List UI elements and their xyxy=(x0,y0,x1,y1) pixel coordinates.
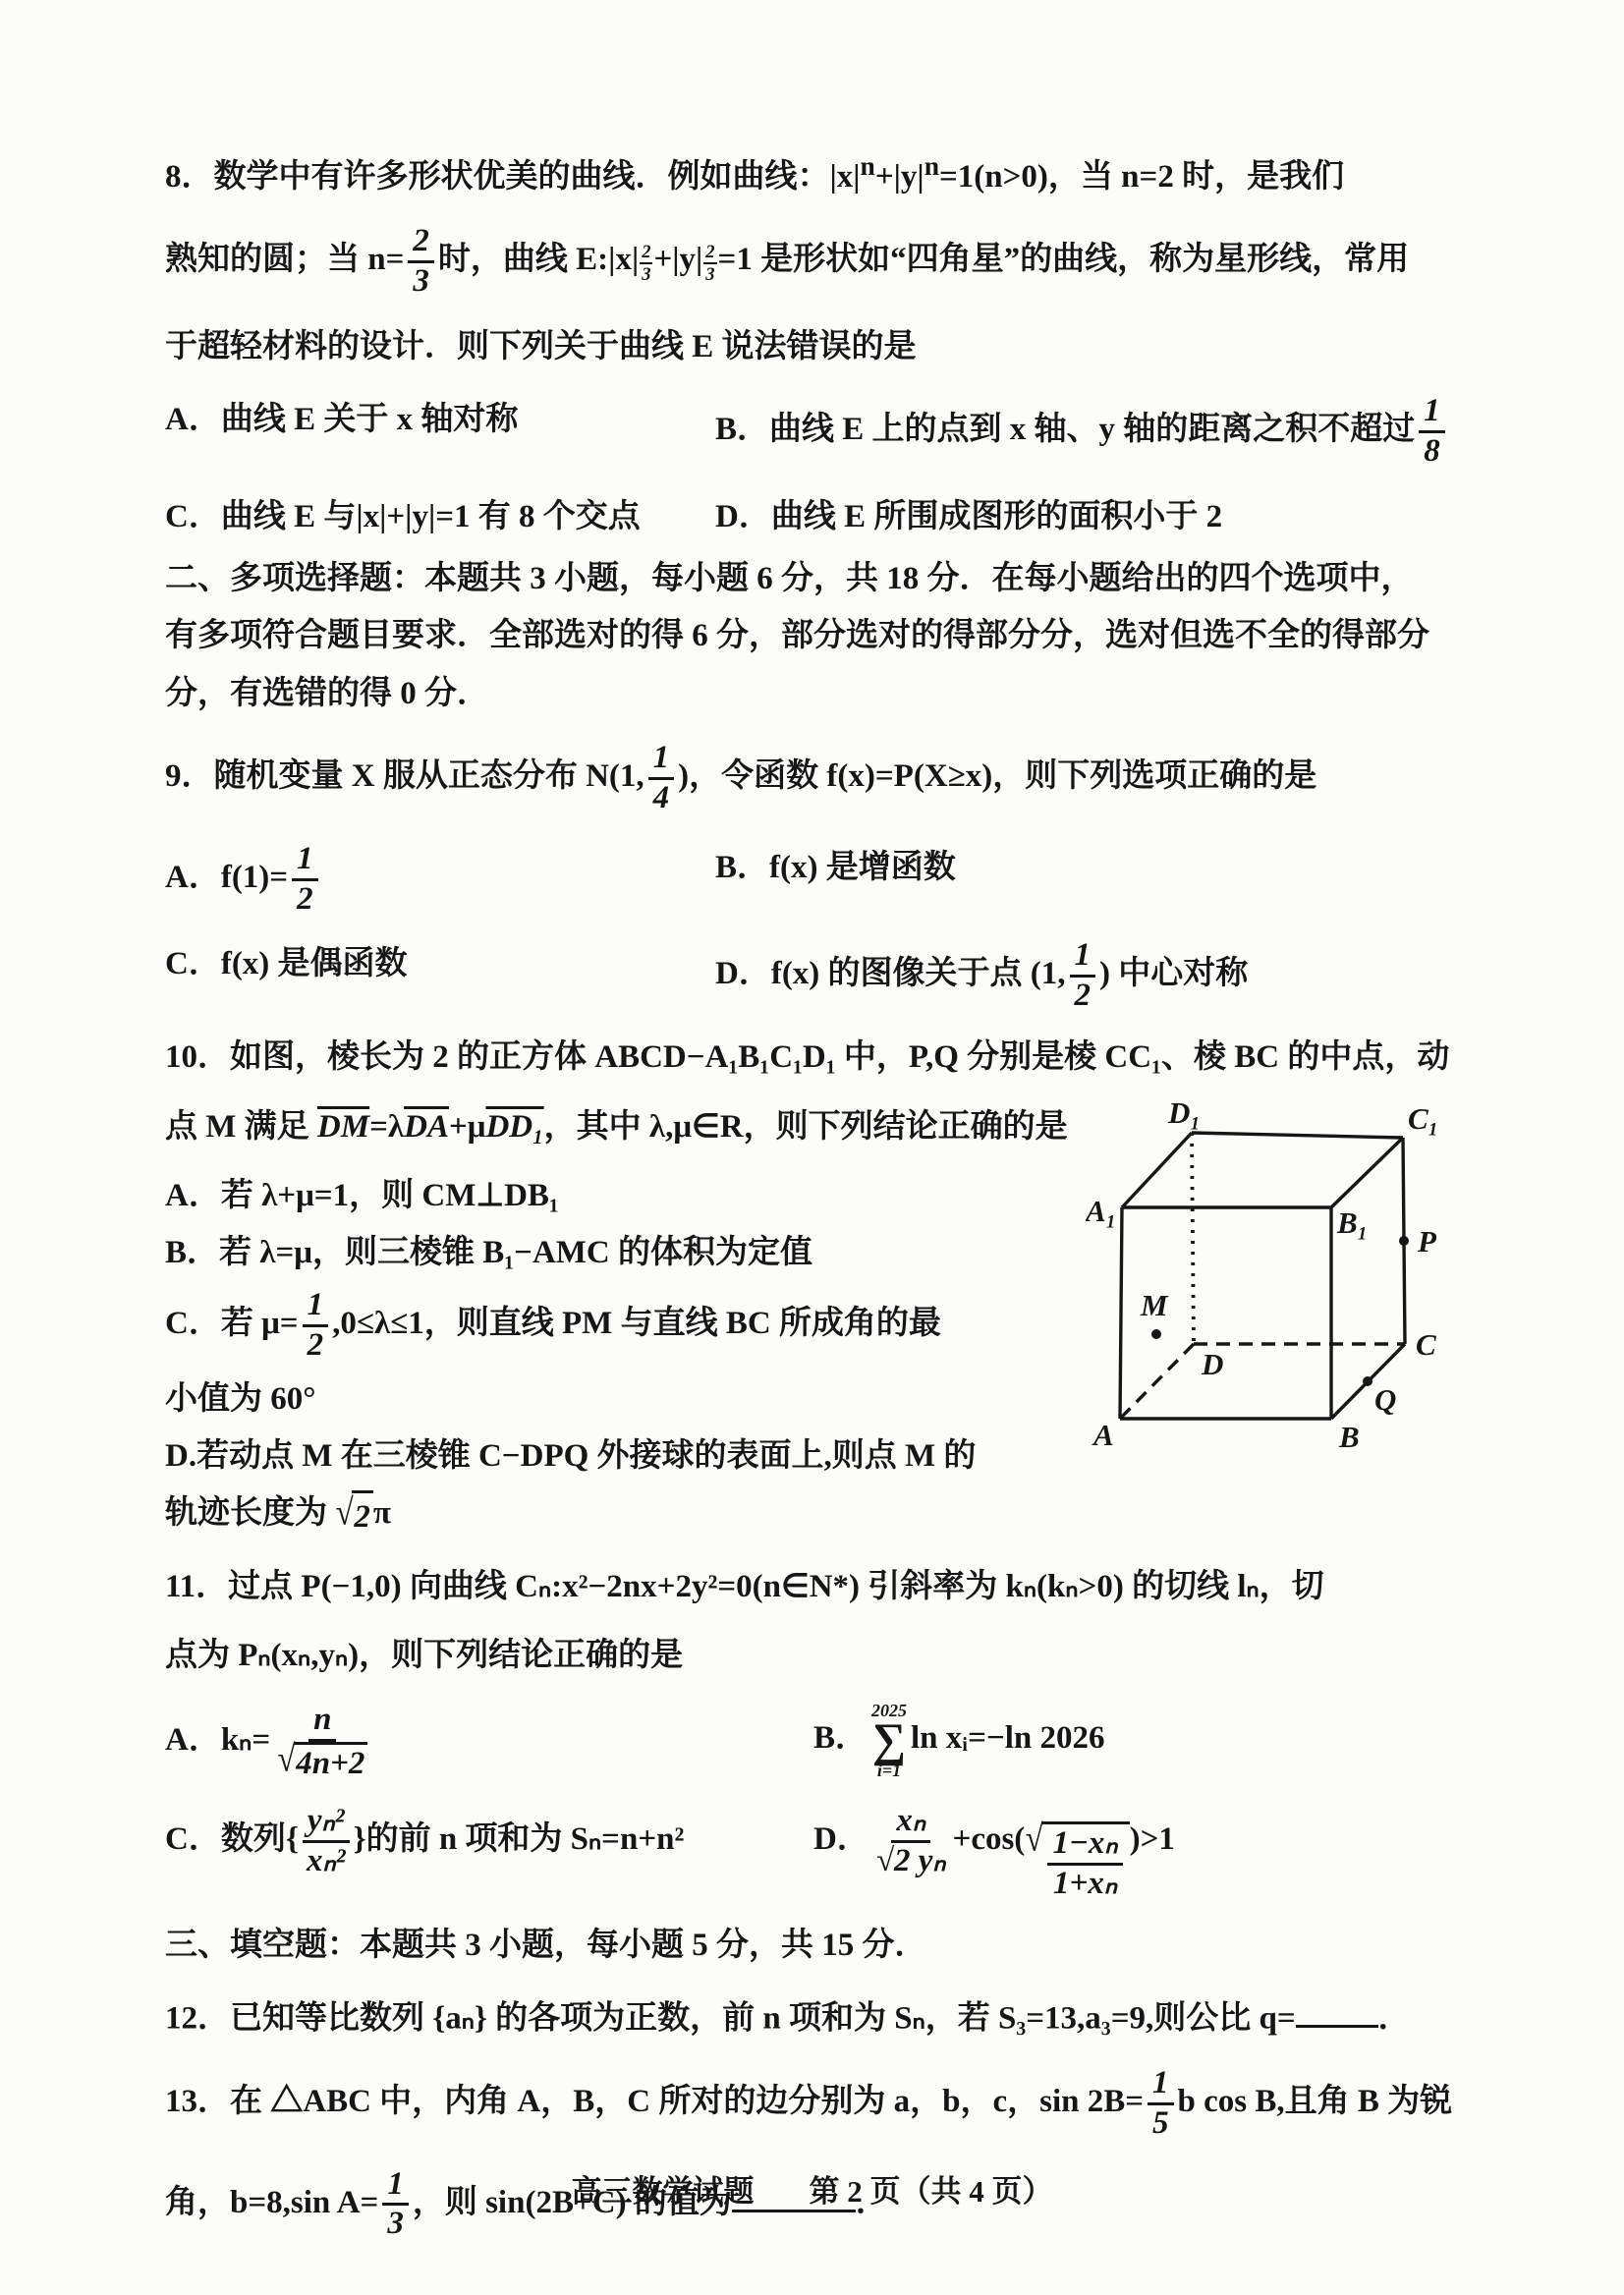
cube-figure: D₁ C₁ A₁ B₁ P M D C A B Q xyxy=(1086,1092,1490,1467)
vector-DD1: DD₁ xyxy=(485,1109,543,1145)
label-P: P xyxy=(1417,1224,1437,1259)
q9-stem: 9．随机变量 X 服从正态分布 N(1,14)，令函数 f(x)=P(X≥x)，… xyxy=(165,740,1479,817)
fraction: 12 xyxy=(292,841,318,919)
q8-line2: 熟知的圆；当 n=23时，曲线 E:|x|23+|y|23=1 是形状如“四角星… xyxy=(165,223,1479,301)
q8-line3: 于超轻材料的设计．则下列关于曲线 E 说法错误的是 xyxy=(165,324,1479,369)
footer-page-number: 第 2 页（共 4 页） xyxy=(810,2166,1053,2211)
page-footer: 高三数学试题 第 2 页（共 4 页） xyxy=(0,2166,1624,2211)
q10-option-c: C．若 μ=12,0≤λ≤1，则直线 PM 与直线 BC 所成角的最 xyxy=(165,1287,1133,1365)
q8-text: =1 是形状如“四角星”的曲线，称为星形线，常用 xyxy=(718,242,1410,277)
q10-option-d: D.若动点 M 在三棱锥 C−DPQ 外接球的表面上,则点 M 的 xyxy=(165,1433,1133,1479)
fraction: 12 xyxy=(1070,937,1096,1015)
label-Q: Q xyxy=(1374,1382,1396,1417)
fraction: xₙ√2 yₙ xyxy=(873,1803,949,1880)
q10-option-b: B．若 λ=μ，则三棱锥 B₁−AMC 的体积为定值 xyxy=(165,1230,1133,1275)
q8-text: 时，曲线 E:|x| xyxy=(438,242,639,277)
fraction: 14 xyxy=(648,740,675,817)
section3-header: 三、填空题：本题共 3 小题，每小题 5 分，共 15 分． xyxy=(165,1923,1479,1968)
q10-option-c-cont: 小值为 60° xyxy=(165,1376,1133,1422)
label-B1: B₁ xyxy=(1336,1205,1368,1240)
q9-option-a: A．f(1)=12 xyxy=(165,841,715,919)
point-Q xyxy=(1363,1376,1372,1386)
q10-line1: 10．如图，棱长为 2 的正方体 ABCD−A₁B₁C₁D₁ 中，P,Q 分别是… xyxy=(165,1035,1479,1080)
vector-DA: DA xyxy=(404,1109,449,1145)
q9-option-c: C．f(x) 是偶函数 xyxy=(165,937,715,983)
q10-option-d-cont: 轨迹长度为 √2π xyxy=(165,1490,1133,1539)
q9-options-ab: A．f(1)=12 B．f(x) 是增函数 xyxy=(165,841,1479,919)
point-P xyxy=(1399,1236,1409,1246)
q8-text: 熟知的圆；当 n= xyxy=(165,242,404,277)
fraction: 23 xyxy=(408,223,434,301)
q11-option-d: D．xₙ√2 yₙ+cos(√1−xₙ1+xₙ)>1 xyxy=(813,1803,1479,1903)
q9-option-b: B．f(x) 是增函数 xyxy=(715,841,1479,887)
summation: 2025∑i=1 xyxy=(871,1702,907,1779)
q8-option-a: A．曲线 E 关于 x 轴对称 xyxy=(165,393,715,439)
q8-option-c: C．曲线 E 与|x|+|y|=1 有 8 个交点 xyxy=(165,490,715,536)
q11-line1: 11．过点 P(−1,0) 向曲线 Cₙ:x²−2nx+2y²=0(n∈N*) … xyxy=(165,1564,1479,1609)
q13-line1: 13．在 △ABC 中，内角 A，B，C 所对的边分别为 a，b，c，sin 2… xyxy=(165,2065,1479,2143)
label-C: C xyxy=(1416,1327,1436,1362)
q11-option-a: A．kₙ=n√4n+2 xyxy=(165,1702,813,1783)
section2-line3: 分，有选错的得 0 分． xyxy=(165,671,1479,716)
left-brace: { xyxy=(286,1821,299,1857)
exponent-fraction: 23 xyxy=(640,242,652,284)
label-A: A xyxy=(1092,1418,1114,1452)
q8-option-d: D．曲线 E 所围成图形的面积小于 2 xyxy=(715,490,1479,536)
q10-line2: 点 M 满足 DM=λDA+μDD₁，其中 λ,μ∈R，则下列结论正确的是 xyxy=(165,1104,1133,1149)
q8-options-ab: A．曲线 E 关于 x 轴对称 B．曲线 E 上的点到 x 轴、y 轴的距离之积… xyxy=(165,393,1479,471)
point-M xyxy=(1151,1329,1161,1339)
q8-line1: 8．数学中有许多形状优美的曲线．例如曲线：|x|n+|y|n=1(n>0)，当 … xyxy=(165,147,1479,199)
q8-text: +|y| xyxy=(653,242,702,277)
q11-line2: 点为 Pₙ(xₙ,yₙ)，则下列结论正确的是 xyxy=(165,1633,1479,1678)
q8-text: =1(n>0)，当 n=2 时，是我们 xyxy=(939,159,1344,195)
footer-exam-title: 高三数学试题 xyxy=(572,2166,755,2211)
q11-option-c: C．数列{yₙ²xₙ²}的前 n 项和为 Sₙ=n+n² xyxy=(165,1803,813,1880)
exam-page: 8．数学中有许多形状优美的曲线．例如曲线：|x|n+|y|n=1(n>0)，当 … xyxy=(0,0,1624,2295)
fraction: 15 xyxy=(1148,2065,1174,2143)
exponent: n xyxy=(924,150,939,181)
fraction: 1−xₙ1+xₙ xyxy=(1047,1825,1122,1903)
exponent-fraction: 23 xyxy=(703,242,716,284)
section2-line2: 有多项符合题目要求．全部选对的得 6 分，部分选对的得部分分，选对但选不全的得部… xyxy=(165,613,1479,658)
exponent: n xyxy=(861,150,875,181)
answer-blank xyxy=(1296,1991,1378,2029)
sqrt-radical: √2 xyxy=(335,1490,373,1539)
fraction: n√4n+2 xyxy=(274,1702,370,1783)
label-D: D xyxy=(1201,1347,1223,1381)
q11-option-b: B．2025∑i=1ln xᵢ=−ln 2026 xyxy=(813,1702,1479,1779)
q12-stem: 12．已知等比数列 {aₙ} 的各项为正数，前 n 项和为 Sₙ，若 S₃=13… xyxy=(165,1991,1479,2042)
q8-text: 8．数学中有许多形状优美的曲线．例如曲线：|x| xyxy=(165,159,861,195)
q8-option-b: B．曲线 E 上的点到 x 轴、y 轴的距离之积不超过18 xyxy=(715,393,1479,471)
vector-DM: DM xyxy=(317,1109,369,1145)
fraction: 18 xyxy=(1419,393,1445,471)
q9-option-d: D．f(x) 的图像关于点 (1,12) 中心对称 xyxy=(715,937,1479,1015)
section2-line1: 二、多项选择题：本题共 3 小题，每小题 6 分，共 18 分．在每小题给出的四… xyxy=(165,556,1479,601)
label-A1: A₁ xyxy=(1086,1194,1116,1228)
fraction: 12 xyxy=(303,1287,329,1365)
q9-options-cd: C．f(x) 是偶函数 D．f(x) 的图像关于点 (1,12) 中心对称 xyxy=(165,937,1479,1015)
fraction: yₙ²xₙ² xyxy=(303,1803,350,1880)
label-D1: D₁ xyxy=(1167,1095,1201,1130)
label-M: M xyxy=(1140,1288,1169,1322)
q11-options-ab: A．kₙ=n√4n+2 B．2025∑i=1ln xᵢ=−ln 2026 xyxy=(165,1702,1479,1783)
label-C1: C₁ xyxy=(1408,1101,1438,1136)
sqrt-radical: √4n+2 xyxy=(277,1742,367,1783)
label-B: B xyxy=(1338,1420,1360,1454)
q11-options-cd: C．数列{yₙ²xₙ²}的前 n 项和为 Sₙ=n+n² D．xₙ√2 yₙ+c… xyxy=(165,1803,1479,1903)
sqrt-sign: √ xyxy=(335,1487,353,1539)
q8-options-cd: C．曲线 E 与|x|+|y|=1 有 8 个交点 D．曲线 E 所围成图形的面… xyxy=(165,490,1479,536)
sigma-symbol: ∑ xyxy=(872,1719,906,1762)
q10-option-a: A．若 λ+μ=1，则 CM⊥DB₁ xyxy=(165,1173,1133,1218)
right-brace: } xyxy=(354,1821,366,1857)
q10-block: 10．如图，棱长为 2 的正方体 ABCD−A₁B₁C₁D₁ 中，P,Q 分别是… xyxy=(165,1035,1479,1539)
sqrt-radical: √1−xₙ1+xₙ xyxy=(1025,1821,1129,1903)
q8-text: +|y| xyxy=(875,159,924,195)
